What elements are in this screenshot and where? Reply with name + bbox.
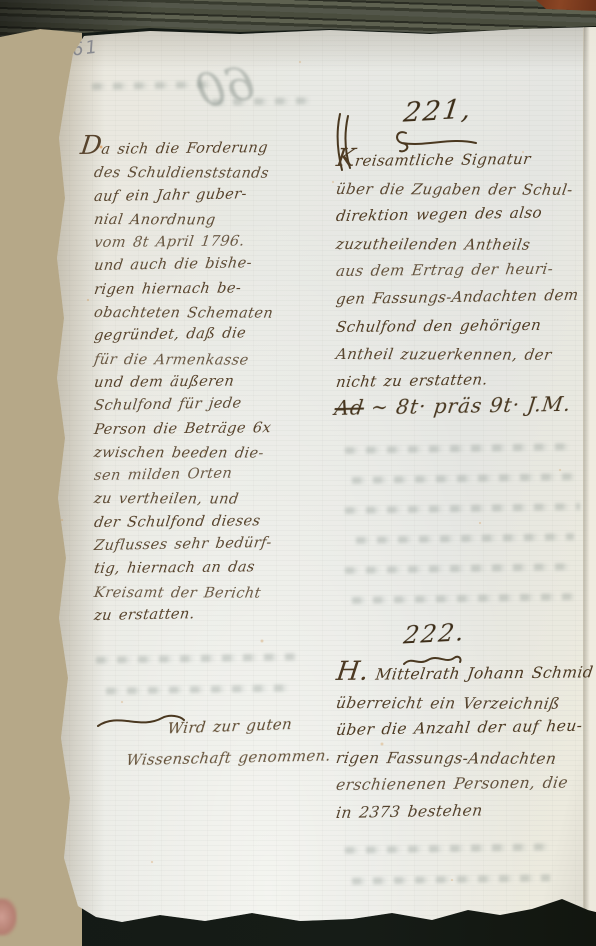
margin-note-line: tig, hiernach an das [92,556,341,582]
bleedthrough-page-number: 60 [192,55,259,118]
margin-note-line: sen milden Orten [93,461,342,489]
margin-note-line: Da sich die Forderung [78,136,341,162]
body-text-line: Kreisamtliche Signatur [334,145,594,175]
margin-note-222: Wird zur gutenWissenschaft genommen. [125,709,356,775]
body-text-221: Kreisamtliche Signaturüber die Zugaben d… [336,148,592,396]
body-text-line: Schulfond den gehörigen [334,311,594,341]
struck-text: Ad [333,396,365,421]
body-text-line: gen Fassungs-Andachten dem [334,282,594,314]
body-text-line: über die Anzahl der auf heu- [334,713,594,745]
finger-spot [0,898,17,936]
margin-note-221: Da sich die Forderungdes Schuldienststan… [94,139,340,628]
body-text-line: H. Mittelrath Johann Schmid [334,659,594,689]
manuscript-page: 60 61 221, Da sich die Forderungdes Schu… [0,0,596,946]
section-222-number: 222. [402,618,467,649]
body-text-line: in 2373 bestehen [334,796,594,828]
body-text-222: H. Mittelrath Johann Schmidüberreicht ei… [336,662,592,828]
margin-note-line: Person die Beträge 6x [92,416,341,442]
body-text-line: direktion wegen des also [334,199,594,231]
margin-note-line: Wissenschaft genommen. [125,740,358,775]
dateline-221: Ad~ 8t· präs 9t· J.M. [333,392,572,420]
margin-note-line: und auch die bishe- [93,251,342,279]
margin-note-line: auf ein Jahr guber- [93,181,342,209]
margin-note-line: gegründet, daß die [93,321,342,349]
margin-note-line: zu erstatten. [93,601,342,629]
margin-note-line: Zuflusses sehr bedürf- [93,531,342,559]
manuscript-scan: 60 61 221, Da sich die Forderungdes Schu… [0,0,596,946]
dateline-text: ~ 8t· präs 9t· J.M. [370,392,573,419]
section-221-number: 221, [402,94,474,129]
margin-note-line: Schulfond für jede [93,391,342,419]
margin-note-line: rigen hiernach be- [92,276,341,302]
